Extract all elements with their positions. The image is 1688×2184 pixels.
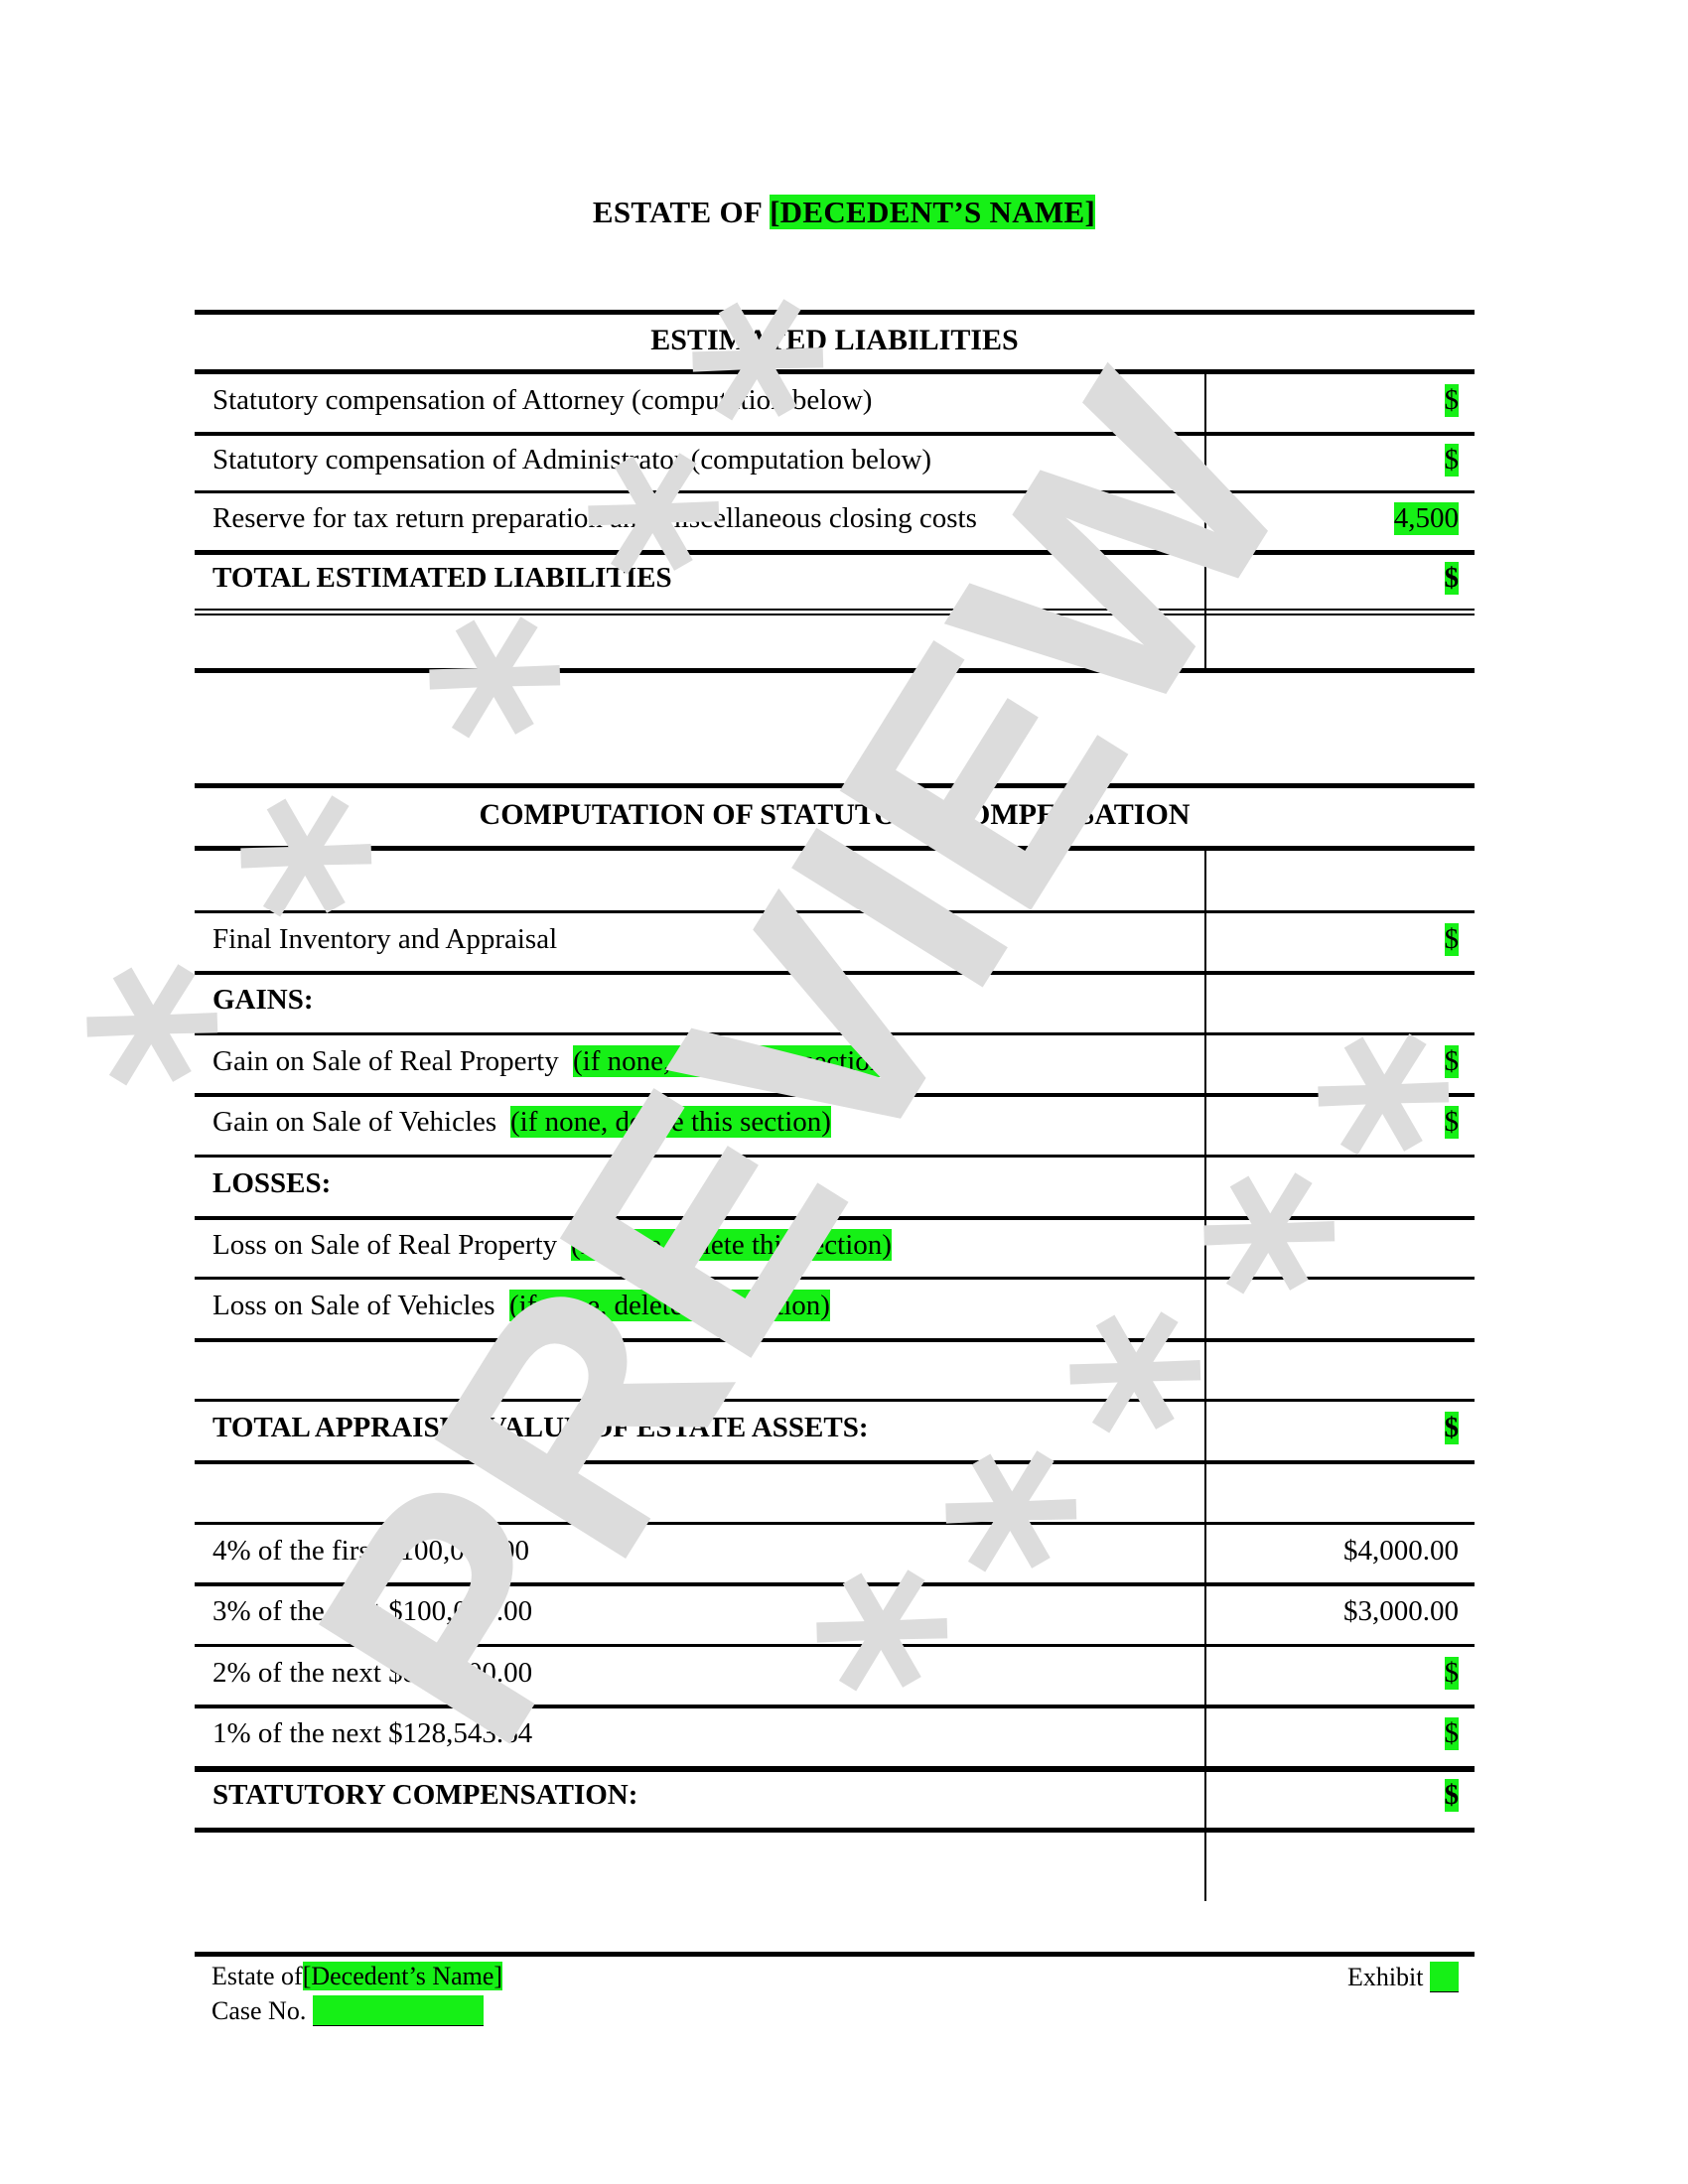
table-row: Loss on Sale of Real Property(if none, d… [195,1216,1475,1278]
footer-exhibit: Exhibit [1347,1962,1459,1992]
row-value[interactable]: $ [1445,923,1460,956]
title-prefix: ESTATE OF [593,195,762,229]
row-value[interactable]: $ [1445,562,1460,595]
row-value[interactable]: $ [1445,1779,1460,1812]
exhibit-number-field[interactable] [1430,1962,1459,1992]
estimated-liabilities-header: ESTIMATED LIABILITIES [195,324,1475,357]
table-row: 2% of the next $800,000.00$ [195,1644,1475,1706]
row-label: Statutory compensation of Attorney (comp… [212,384,872,417]
row-value[interactable]: $ [1445,1106,1460,1139]
footer-estate-line: Estate of[Decedent’s Name] [211,1962,502,1991]
row-label: 2% of the next $800,000.00 [212,1657,532,1690]
table-row: Loss on Sale of Vehicles(if none, delete… [195,1277,1475,1338]
row-note-wrap: (if none, delete this section) [510,1106,831,1139]
table-row: Gain on Sale of Vehicles(if none, delete… [195,1093,1475,1155]
table-row-blank [195,849,1475,910]
row-instruction-note: (if none, delete this section) [510,1106,831,1138]
row-note-wrap: (if none, delete this section) [573,1045,894,1078]
row-instruction-note: (if none, delete this section) [573,1045,894,1077]
row-label: TOTAL APPRAISED VALUE OF ESTATE ASSETS: [212,1412,869,1444]
row-label: 3% of the next $100,000.00 [212,1595,532,1628]
row-label: LOSSES: [212,1167,331,1200]
document-title: ESTATE OF [DECEDENT’S NAME] [0,195,1688,230]
table-row: TOTAL APPRAISED VALUE OF ESTATE ASSETS:$ [195,1399,1475,1460]
row-value[interactable]: $ [1445,1045,1460,1078]
decedent-name-placeholder[interactable]: [DECEDENT’S NAME] [770,195,1095,229]
row-note-wrap: (if none, delete this section) [509,1290,830,1322]
table-row: Final Inventory and Appraisal$ [195,910,1475,972]
table-row: 3% of the next $100,000.00$3,000.00 [195,1582,1475,1644]
statutory-compensation-header: COMPUTATION OF STATUTORY COMPENSATION [195,798,1475,832]
table-row: Reserve for tax return preparation and m… [195,490,1475,550]
table-row: LOSSES: [195,1155,1475,1216]
case-number-field[interactable] [313,1995,484,2026]
row-label: Loss on Sale of Real Property [212,1229,557,1262]
row-value[interactable]: $ [1445,1412,1460,1444]
footer-exhibit-label: Exhibit [1347,1963,1424,1991]
row-label: 1% of the next $128,543.64 [212,1717,532,1750]
table-row-blank [195,1460,1475,1522]
table-row: GAINS: [195,971,1475,1032]
table-row: Gain on Sale of Real Property(if none, d… [195,1032,1475,1094]
row-value[interactable]: 4,500 [1394,502,1459,535]
row-label: Gain on Sale of Real Property [212,1045,559,1078]
table-row: Statutory compensation of Attorney (comp… [195,372,1475,432]
row-label: Final Inventory and Appraisal [212,923,557,956]
footer-case-line: Case No. [211,1995,484,2026]
table-row: STATUTORY COMPENSATION:$ [195,1766,1475,1828]
footer-case-label: Case No. [211,1996,306,2025]
row-label: 4% of the first $100,000.00 [212,1535,529,1568]
row-label: Statutory compensation of Administrator … [212,444,931,477]
row-instruction-note: (if none, delete this section) [571,1229,892,1261]
row-value: $3,000.00 [1343,1595,1459,1628]
statutory-compensation-table: COMPUTATION OF STATUTORY COMPENSATION Fi… [195,783,1475,1901]
table-row: TOTAL ESTIMATED LIABILITIES$ [195,550,1475,610]
row-value[interactable]: $ [1445,384,1460,417]
table-row: Statutory compensation of Administrator … [195,432,1475,491]
row-label: GAINS: [212,984,314,1017]
table-row-blank [195,609,1475,668]
table-row: 1% of the next $128,543.64$ [195,1705,1475,1766]
footer-estate-prefix: Estate of [211,1962,303,1990]
table-row: 4% of the first $100,000.00$4,000.00 [195,1522,1475,1583]
estimated-liabilities-table: ESTIMATED LIABILITIES Statutory compensa… [195,310,1475,673]
footer-decedent-name-field[interactable]: [Decedent’s Name] [303,1962,502,1990]
row-value[interactable]: $ [1445,1717,1460,1750]
row-note-wrap: (if none, delete this section) [571,1229,892,1262]
row-label: Gain on Sale of Vehicles [212,1106,496,1139]
row-label: Reserve for tax return preparation and m… [212,502,977,535]
row-label: STATUTORY COMPENSATION: [212,1779,637,1812]
row-value[interactable]: $ [1445,444,1460,477]
row-value: $4,000.00 [1343,1535,1459,1568]
row-instruction-note: (if none, delete this section) [509,1290,830,1321]
row-label: Loss on Sale of Vehicles [212,1290,495,1322]
row-label: TOTAL ESTIMATED LIABILITIES [212,562,672,595]
table-row-blank [195,1338,1475,1400]
row-value[interactable]: $ [1445,1657,1460,1690]
